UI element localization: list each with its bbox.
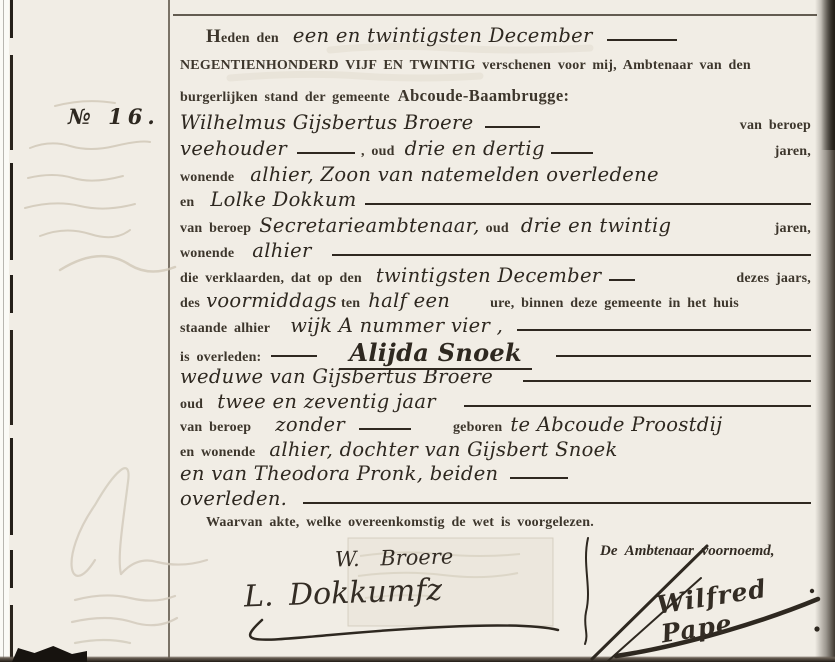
witness2-signature: L. Dokkumfz <box>243 573 442 615</box>
line-overleden: overleden. <box>180 487 811 513</box>
death-certificate-scan: № 16. <box>0 0 835 662</box>
deceased-res-handwritten: alhier, dochter van Gijsbert Snoek <box>269 438 617 461</box>
parents-handwritten: en van Theodora Pronk, beiden <box>180 462 498 485</box>
deceased-age-label: oud <box>180 397 203 413</box>
line-declarant2-name: en Lolke Dokkum <box>180 188 811 214</box>
hour-label: ure, binnen deze gemeente in het huis <box>490 296 739 312</box>
ruled-line <box>303 502 811 504</box>
line-deceased-name: is overleden: Alijda Snoek <box>180 338 811 368</box>
hour-handwritten: half een <box>368 289 450 312</box>
occupation2-label: van beroep <box>180 221 251 237</box>
deceased-occ-handwritten: zonder <box>275 413 345 436</box>
line-parents: en van Theodora Pronk, beiden <box>180 462 811 488</box>
ruled-line <box>464 405 811 407</box>
overleden-handwritten: overleden. <box>180 487 287 510</box>
widow-handwritten: weduwe van Gijsbertus Broere <box>180 365 493 388</box>
bottom-edge <box>0 656 835 662</box>
municipality-name: Abcoude-Baambrugge: <box>398 86 570 106</box>
book-edge-line <box>10 0 13 662</box>
line-declarant1-details: veehouder , oud drie en dertig jaren, <box>180 137 811 163</box>
margin-rule <box>168 0 170 662</box>
age2-label: oud <box>486 221 509 237</box>
line-closing: Waarvan akte, welke overeenkomstig de we… <box>180 515 811 541</box>
ruled-line <box>332 254 811 256</box>
declarant2-age: drie en twintig <box>521 214 671 237</box>
residing2-label: wonende <box>180 246 234 262</box>
this-year-label: dezes jaars, <box>736 271 811 287</box>
line-declarant2-details: van beroep Secretarieambtenaar, oud drie… <box>180 214 811 240</box>
declarant1-occupation: veehouder <box>180 137 287 160</box>
declarant1-age: drie en dertig <box>405 137 545 160</box>
address-handwritten: wijk A nummer vier , <box>290 314 503 337</box>
ruled-dash <box>551 152 593 154</box>
daypart-handwritten: voormiddags <box>206 289 337 312</box>
page-outer-strip <box>0 0 9 662</box>
witness2-flourish <box>250 620 558 640</box>
witness1-signature: W. Broere <box>335 544 454 571</box>
age-label: , oud <box>361 144 395 160</box>
years-label: jaren, <box>775 144 811 160</box>
line-opening-date: Heden den een en twintigsten December <box>180 24 811 50</box>
line-death-address: staande alhier wijk A nummer vier , <box>180 314 811 340</box>
book-edge-line-faint <box>3 0 4 662</box>
opening-date-label: Heden den <box>206 26 279 48</box>
line-declarant2-residence: wonende alhier <box>180 239 811 265</box>
opening-date-handwritten: een en twintigsten December <box>293 24 593 47</box>
registry-text: burgerlijken stand der gemeente <box>180 90 390 106</box>
line-year: NEGENTIENHONDERD VIJF EN TWINTIG versche… <box>180 58 811 84</box>
signature-brace <box>585 538 588 644</box>
declarant1-name: Wilhelmus Gijsbertus Broere <box>180 111 473 134</box>
ruled-line <box>365 203 811 205</box>
address-label: staande alhier <box>180 321 270 337</box>
ten-label: ten <box>341 296 360 312</box>
deceased-label: is overleden: <box>180 350 261 366</box>
ruled-dash <box>359 428 411 430</box>
born-label: geboren <box>453 420 502 436</box>
official-signature: Wilfred Pape <box>655 564 835 649</box>
line-deceased-residence: en wonende alhier, dochter van Gijsbert … <box>180 438 811 464</box>
line-widow: weduwe van Gijsbertus Broere <box>180 365 811 391</box>
declarant2-residence: alhier <box>252 239 311 262</box>
line-declaration-date: die verklaarden, dat op den twintigsten … <box>180 264 811 290</box>
declarant1-residence: alhier, Zoon van natemelden overledene <box>250 163 658 186</box>
occupation-label: van beroep <box>740 118 811 134</box>
deceased-res-label: en wonende <box>180 445 255 461</box>
deceased-age-handwritten: twee en zeventig jaar <box>217 390 436 413</box>
ruled-dash <box>271 355 317 357</box>
line-deceased-occupation-birthplace: van beroep zonder geboren te Abcoude Pro… <box>180 413 811 439</box>
birthplace-handwritten: te Abcoude Proostdij <box>510 413 722 436</box>
line-declarant1-residence: wonende alhier, Zoon van natemelden over… <box>180 163 811 189</box>
closing-text: Waarvan akte, welke overeenkomstig de we… <box>206 515 594 531</box>
des-label: des <box>180 296 200 312</box>
line-death-time: des voormiddags ten half een ure, binnen… <box>180 289 811 315</box>
deceased-occ-label: van beroep <box>180 420 251 436</box>
ruled-dash <box>297 152 355 154</box>
act-number: № 16. <box>68 104 160 129</box>
ruled-dash <box>510 477 568 479</box>
ruled-line <box>556 355 811 357</box>
death-date-handwritten: twintigsten December <box>376 264 602 287</box>
line-registry: burgerlijken stand der gemeente Abcoude-… <box>180 86 811 112</box>
years2-label: jaren, <box>775 221 811 237</box>
ruled-line <box>517 329 811 331</box>
and-label: en <box>180 195 194 211</box>
ruled-dash <box>607 39 677 41</box>
corner-blotch <box>12 642 87 662</box>
line-declarant1-name: Wilhelmus Gijsbertus Broere van beroep <box>180 111 811 137</box>
declaration-label: die verklaarden, dat op den <box>180 271 362 287</box>
year-text: NEGENTIENHONDERD VIJF EN TWINTIG versche… <box>180 58 751 74</box>
declarant2-name: Lolke Dokkum <box>210 188 356 211</box>
residing-label: wonende <box>180 170 234 186</box>
declarant2-occupation: Secretarieambtenaar, <box>259 214 479 237</box>
ruled-dash <box>485 126 540 128</box>
ruled-line <box>523 380 811 382</box>
top-rule <box>173 14 817 16</box>
ruled-dash <box>609 279 635 281</box>
official-caption: De Ambtenaar voornoemd, <box>600 543 775 560</box>
page-gutter-shadow-top <box>821 0 835 150</box>
